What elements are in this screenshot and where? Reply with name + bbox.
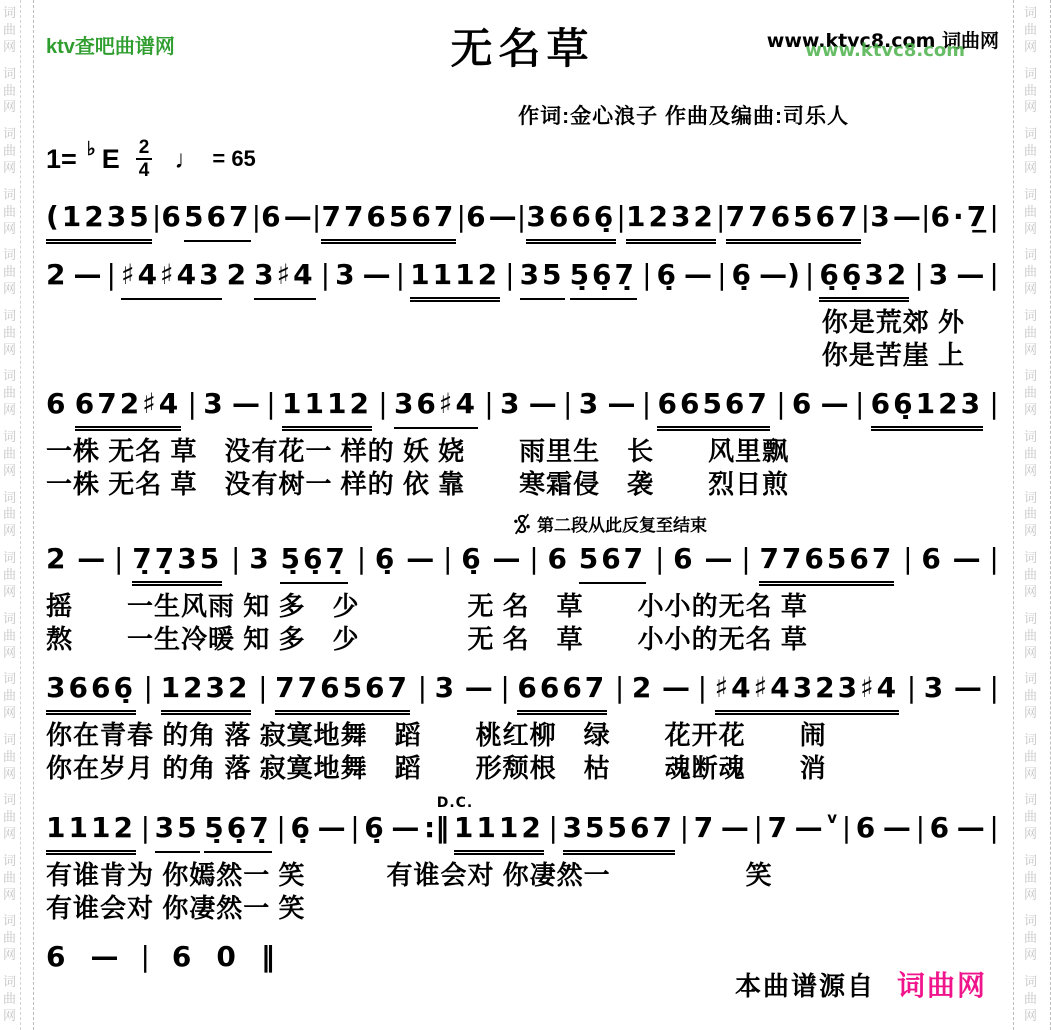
note-token: | bbox=[615, 667, 624, 709]
key-letter: E bbox=[102, 144, 120, 175]
note-token: — bbox=[318, 807, 346, 849]
side-watermark-group: 词曲网 bbox=[3, 793, 20, 842]
note-token: | bbox=[500, 667, 509, 709]
side-watermark-char: 曲 bbox=[3, 144, 16, 159]
side-watermark-char: 曲 bbox=[1024, 931, 1037, 946]
side-watermark-char: 网 bbox=[1024, 706, 1037, 721]
note-token: | bbox=[989, 254, 998, 296]
time-signature: 2 4 bbox=[136, 138, 153, 180]
note-token: | bbox=[114, 538, 123, 580]
side-watermark-group: 词曲网 bbox=[1024, 309, 1050, 358]
note-token: — bbox=[883, 807, 911, 849]
side-watermark-char: 网 bbox=[3, 646, 16, 661]
side-watermark-char: 网 bbox=[1024, 403, 1037, 418]
note-token: | bbox=[152, 196, 161, 238]
side-watermark-char: 曲 bbox=[3, 810, 16, 825]
lyrics-row: 熬 一生冷暖 知 多 少 无 名 草 小小的无名 草 bbox=[46, 623, 999, 656]
side-watermark-char: 曲 bbox=[3, 750, 16, 765]
score-system-3: 6672♯4|3—|1112|36♯4|3—|3—|66567|6—|66̣12… bbox=[46, 383, 999, 502]
side-watermark-left-chars: 词曲网词曲网词曲网词曲网词曲网词曲网词曲网词曲网词曲网词曲网词曲网词曲网词曲网词… bbox=[0, 0, 21, 1030]
note-token: 1112 bbox=[410, 254, 500, 302]
side-watermark-group: 词曲网 bbox=[1024, 67, 1050, 116]
note-token: — bbox=[77, 538, 105, 580]
notes-line: 3666̣|1232|776567|3—|6667|2—|♯4♯4323♯4|3… bbox=[46, 667, 999, 715]
side-watermark-char: 词 bbox=[1024, 430, 1037, 445]
side-watermark-char: 词 bbox=[3, 248, 16, 263]
note-token: | bbox=[776, 383, 785, 425]
note-token: 5̣6̣7̣ bbox=[570, 254, 637, 300]
side-watermark-char: 曲 bbox=[3, 386, 16, 401]
side-watermark-char: 网 bbox=[3, 343, 16, 358]
corner-watermark: www.ktvc8.com 词曲网 www.ktvc8.com bbox=[595, 26, 1000, 70]
key-signature: 1=♭E 2 4 ♩ = 65 bbox=[46, 138, 999, 180]
side-watermark-group: 词曲网 bbox=[1024, 672, 1050, 721]
side-watermark-char: 网 bbox=[1024, 767, 1037, 782]
note-token: | bbox=[903, 538, 912, 580]
lyrics-row: 有谁会对 你凄然一 笑 bbox=[46, 892, 999, 925]
side-watermark-char: 网 bbox=[3, 100, 16, 115]
note-token: | bbox=[548, 807, 557, 849]
side-watermark-char: 网 bbox=[3, 403, 16, 418]
note-token: 7̲ bbox=[967, 196, 989, 238]
side-watermark-char: 曲 bbox=[3, 84, 16, 99]
lyrics-block: 一株 无名 草 没有花一 样的 妖 娆 雨里生 长 风里飘一株 无名 草 没有树… bbox=[46, 435, 999, 502]
note-token: 6 bbox=[161, 196, 183, 238]
note-token: | bbox=[855, 383, 864, 425]
note-token: — bbox=[821, 383, 849, 425]
side-watermark-char: 词 bbox=[3, 672, 16, 687]
source-site-link[interactable]: 词曲网 bbox=[897, 964, 987, 1004]
side-watermark-char: 词 bbox=[3, 612, 16, 627]
note-token: 672♯4 bbox=[75, 383, 181, 431]
note-token: — bbox=[953, 538, 981, 580]
side-watermark-char: 词 bbox=[3, 975, 16, 990]
side-watermark-char: 曲 bbox=[3, 447, 16, 462]
side-watermark-char: 词 bbox=[3, 551, 16, 566]
side-watermark-char: 词 bbox=[3, 430, 16, 445]
score-system-6: D.C.1112|355̣6̣7̣|6̣—|6̣—:‖1112|35567|7—… bbox=[46, 795, 999, 926]
note-token: | bbox=[188, 383, 197, 425]
note-token: ♯4♯4323♯4 bbox=[715, 667, 900, 715]
side-watermark-char: 词 bbox=[3, 67, 16, 82]
note-token: 567 bbox=[184, 196, 251, 242]
side-watermark-char: 曲 bbox=[1024, 326, 1037, 341]
note-token: | bbox=[140, 936, 149, 978]
side-watermark-char: 曲 bbox=[1024, 568, 1037, 583]
note-token: — bbox=[662, 667, 690, 709]
side-watermark-char: 词 bbox=[1024, 733, 1037, 748]
note-token: 2 bbox=[46, 254, 68, 296]
note-token: 7 bbox=[768, 807, 790, 849]
note-token: 776567 bbox=[726, 196, 861, 244]
side-watermark-char: 曲 bbox=[1024, 750, 1037, 765]
note-token: — bbox=[406, 538, 434, 580]
time-signature-top: 2 bbox=[136, 138, 153, 160]
side-watermark-char: 曲 bbox=[1024, 265, 1037, 280]
note-token: 5̣6̣7̣ bbox=[204, 807, 271, 853]
score-system-2: 2—|♯4♯4323♯4|3—|1112|355̣6̣7̣|6̣—|6̣—)|6… bbox=[46, 254, 999, 373]
side-watermark-char: 词 bbox=[3, 188, 16, 203]
side-watermark-char: 网 bbox=[3, 524, 16, 539]
source-prefix: 本曲谱源自 bbox=[735, 966, 875, 1003]
side-watermark-group: 词曲网 bbox=[1024, 491, 1050, 540]
score-system-1: (1235|6567|6—|776567|6—|3666̣|1232|77656… bbox=[46, 196, 999, 244]
lyrics-row: 你是荒郊 外 bbox=[46, 306, 965, 339]
watermark-overlay-text: www.ktvc8.com bbox=[805, 40, 965, 61]
note-token: 776567 bbox=[759, 538, 894, 586]
note-token: 6 bbox=[930, 807, 952, 849]
note-token: — bbox=[529, 383, 557, 425]
note-token: 6 bbox=[547, 538, 569, 580]
site-link[interactable]: ktv查吧曲谱网 bbox=[46, 30, 450, 59]
side-watermark-char: 词 bbox=[1024, 551, 1037, 566]
side-watermark-char: 曲 bbox=[1024, 205, 1037, 220]
flat-sign-icon: ♭ bbox=[87, 138, 96, 161]
note-token: | bbox=[805, 254, 814, 296]
note-token: 6 bbox=[172, 936, 194, 978]
side-watermark-group: 词曲网 bbox=[1024, 430, 1050, 479]
side-watermark-group: 词曲网 bbox=[3, 188, 20, 237]
score-system-5: 3666̣|1232|776567|3—|6667|2—|♯4♯4323♯4|3… bbox=[46, 667, 999, 786]
side-watermark-char: 曲 bbox=[3, 568, 16, 583]
note-token: ♯4♯43 bbox=[121, 254, 222, 300]
note-token: 0 bbox=[216, 936, 238, 978]
side-watermark-char: 曲 bbox=[3, 326, 16, 341]
note-token: — bbox=[74, 254, 102, 296]
side-watermark-group: 词曲网 bbox=[3, 430, 20, 479]
note-token: | bbox=[443, 538, 452, 580]
note-token: 6 bbox=[466, 196, 488, 238]
note-token: 6 bbox=[792, 383, 814, 425]
side-watermark-char: 词 bbox=[1024, 975, 1037, 990]
lyrics-row: 你在岁月 的角 落 寂寞地舞 蹈 形颓根 枯 魂断魂 消 bbox=[46, 752, 999, 785]
note-token: 66̣123 bbox=[871, 383, 983, 431]
side-watermark-group: 词曲网 bbox=[1024, 369, 1050, 418]
side-watermark-group: 词曲网 bbox=[3, 309, 20, 358]
note-token: 776567 bbox=[275, 667, 410, 715]
note-token: | bbox=[989, 196, 998, 238]
note-token: — bbox=[232, 383, 260, 425]
note-token: | bbox=[107, 254, 116, 296]
note-token: | bbox=[616, 196, 625, 238]
lyrics-row: 你在青春 的角 落 寂寞地舞 蹈 桃红柳 绿 花开花 闹 bbox=[46, 719, 999, 752]
side-watermark-char: 网 bbox=[3, 948, 16, 963]
note-token: 2 bbox=[46, 538, 68, 580]
note-token: 6 bbox=[46, 383, 68, 425]
note-token: — bbox=[893, 196, 921, 238]
source-note: 本曲谱源自 词曲网 bbox=[735, 964, 987, 1004]
note-token: | bbox=[141, 807, 150, 849]
note-token: 6̣ bbox=[657, 254, 679, 296]
side-watermark-char: 曲 bbox=[1024, 689, 1037, 704]
note-token: 3 bbox=[929, 254, 951, 296]
side-watermark-group: 词曲网 bbox=[3, 551, 20, 600]
note-token: 2 bbox=[632, 667, 654, 709]
side-watermark-char: 词 bbox=[1024, 67, 1037, 82]
side-watermark-char: 网 bbox=[1024, 888, 1037, 903]
segno-annotation: 第二段从此反复至结束 bbox=[513, 511, 999, 536]
side-watermark-char: 曲 bbox=[1024, 386, 1037, 401]
side-watermark-char: 曲 bbox=[3, 931, 16, 946]
side-watermark-group: 词曲网 bbox=[3, 248, 20, 297]
note-token: | bbox=[418, 667, 427, 709]
note-token: | bbox=[989, 383, 998, 425]
side-watermark-group: 词曲网 bbox=[3, 369, 20, 418]
side-watermark-char: 词 bbox=[1024, 188, 1037, 203]
side-watermark-char: 词 bbox=[1024, 309, 1037, 324]
side-watermark-char: 曲 bbox=[3, 992, 16, 1007]
note-token: — bbox=[957, 807, 985, 849]
side-watermark-char: 曲 bbox=[1024, 992, 1037, 1007]
note-token: | bbox=[396, 254, 405, 296]
note-token: | bbox=[989, 667, 998, 709]
side-watermark-group: 词曲网 bbox=[3, 975, 20, 1024]
note-token: 3 bbox=[435, 667, 457, 709]
side-watermark-char: 词 bbox=[1024, 6, 1037, 21]
note-token: | bbox=[529, 538, 538, 580]
note-token: | bbox=[680, 807, 689, 849]
side-watermark-char: 词 bbox=[1024, 369, 1037, 384]
note-token: 3 bbox=[924, 667, 946, 709]
side-watermark-group: 词曲网 bbox=[3, 491, 20, 540]
note-token: | bbox=[921, 196, 930, 238]
score-system-4: 第二段从此反复至结束2—|7̣7̣35|35̣6̣7̣|6̣—|6̣—|6567… bbox=[46, 511, 999, 657]
note-token: 5̣6̣7̣ bbox=[280, 538, 347, 584]
side-watermark-char: 曲 bbox=[3, 871, 16, 886]
note-token: | bbox=[642, 383, 651, 425]
side-watermark-group: 词曲网 bbox=[1024, 248, 1050, 297]
side-watermark-char: 网 bbox=[1024, 524, 1037, 539]
side-watermark-char: 曲 bbox=[1024, 629, 1037, 644]
note-token: :‖ bbox=[424, 807, 449, 849]
side-watermark-char: 网 bbox=[1024, 100, 1037, 115]
note-token: 3666̣ bbox=[526, 196, 616, 244]
side-watermark-char: 曲 bbox=[3, 265, 16, 280]
side-watermark-char: 词 bbox=[3, 369, 16, 384]
note-token: 6667 bbox=[517, 667, 607, 715]
note-token: | bbox=[312, 196, 321, 238]
side-watermark-char: 词 bbox=[1024, 672, 1037, 687]
side-watermark-group: 词曲网 bbox=[3, 733, 20, 782]
note-token: 35567 bbox=[563, 807, 675, 855]
side-watermark-char: 曲 bbox=[1024, 447, 1037, 462]
side-watermark-char: 词 bbox=[1024, 612, 1037, 627]
side-watermark-group: 词曲网 bbox=[1024, 188, 1050, 237]
note-token: 6· bbox=[931, 196, 967, 238]
side-watermark-char: 网 bbox=[1024, 282, 1037, 297]
note-token: | bbox=[698, 667, 707, 709]
note-token: | bbox=[350, 807, 359, 849]
score-systems: (1235|6567|6—|776567|6—|3666̣|1232|77656… bbox=[46, 196, 999, 978]
note-token: | bbox=[457, 196, 466, 238]
credits: 作词:金心浪子 作曲及编曲:司乐人 bbox=[46, 100, 849, 130]
note-token: 1232 bbox=[626, 196, 716, 244]
note-token: | bbox=[741, 538, 750, 580]
note-token: (1235 bbox=[46, 196, 152, 244]
page: { "page": { "background": "#ffffff" }, "… bbox=[0, 0, 1051, 1030]
note-token: 3♯4 bbox=[254, 254, 316, 300]
note-token: 6 bbox=[921, 538, 943, 580]
side-watermark-char: 网 bbox=[3, 706, 16, 721]
side-watermark-char: 词 bbox=[3, 127, 16, 142]
side-watermark-group: 词曲网 bbox=[1024, 551, 1050, 600]
side-watermark-char: 词 bbox=[1024, 793, 1037, 808]
note-token: 35 bbox=[155, 807, 200, 853]
side-watermark-char: 网 bbox=[3, 161, 16, 176]
note-token: | bbox=[642, 254, 651, 296]
note-token: 6̣ bbox=[364, 807, 386, 849]
note-token: 6 bbox=[261, 196, 283, 238]
tempo-value: = 65 bbox=[212, 146, 255, 172]
note-token: — bbox=[489, 196, 517, 238]
side-watermark-char: 曲 bbox=[3, 507, 16, 522]
side-watermark-group: 词曲网 bbox=[3, 612, 20, 661]
side-watermark-char: 网 bbox=[3, 888, 16, 903]
side-watermark-char: 词 bbox=[3, 793, 16, 808]
side-watermark-char: 网 bbox=[3, 222, 16, 237]
notes-line: (1235|6567|6—|776567|6—|3666̣|1232|77656… bbox=[46, 196, 999, 244]
side-watermark-char: 网 bbox=[3, 585, 16, 600]
note-token: | bbox=[357, 538, 366, 580]
lyrics-block: 摇 一生风雨 知 多 少 无 名 草 小小的无名 草熬 一生冷暖 知 多 少 无… bbox=[46, 590, 999, 657]
side-watermark-group: 词曲网 bbox=[1024, 854, 1050, 903]
side-watermark-right-chars: 词曲网词曲网词曲网词曲网词曲网词曲网词曲网词曲网词曲网词曲网词曲网词曲网词曲网词… bbox=[1014, 0, 1050, 1030]
side-watermark-char: 网 bbox=[1024, 40, 1037, 55]
side-watermark-char: 词 bbox=[1024, 914, 1037, 929]
side-watermark-char: 词 bbox=[3, 491, 16, 506]
note-token: 36♯4 bbox=[394, 383, 478, 429]
side-watermark-char: 网 bbox=[1024, 585, 1037, 600]
side-watermark-char: 曲 bbox=[3, 629, 16, 644]
side-watermark-char: 词 bbox=[1024, 491, 1037, 506]
note-token: — bbox=[684, 254, 712, 296]
side-watermark-char: 网 bbox=[3, 827, 16, 842]
note-token: 6 bbox=[46, 936, 68, 978]
side-watermark-group: 词曲网 bbox=[3, 914, 20, 963]
note-token: | bbox=[916, 807, 925, 849]
side-watermark-char: 网 bbox=[1024, 161, 1037, 176]
note-token: 3 bbox=[203, 383, 225, 425]
side-watermark-group: 词曲网 bbox=[1024, 612, 1050, 661]
note-token: | bbox=[484, 383, 493, 425]
side-watermark-group: 词曲网 bbox=[3, 127, 20, 176]
side-watermark-char: 词 bbox=[3, 6, 16, 21]
side-watermark-group: 词曲网 bbox=[1024, 793, 1050, 842]
side-watermark-group: 词曲网 bbox=[3, 672, 20, 721]
lyrics-block: 你是荒郊 外你是苦崖 上 bbox=[46, 306, 999, 373]
lyrics-block: 有谁肯为 你嫣然一 笑 有谁会对 你凄然一 笑有谁会对 你凄然一 笑 bbox=[46, 859, 999, 926]
note-token: 1112 bbox=[46, 807, 136, 855]
side-watermark-group: 词曲网 bbox=[1024, 127, 1050, 176]
side-watermark-char: 曲 bbox=[3, 23, 16, 38]
note-token: 3 bbox=[500, 383, 522, 425]
note-token: — bbox=[284, 196, 312, 238]
note-token: | bbox=[321, 254, 330, 296]
note-token: | bbox=[505, 254, 514, 296]
note-token: — bbox=[363, 254, 391, 296]
note-token: | bbox=[861, 196, 870, 238]
side-watermark-char: 词 bbox=[1024, 854, 1037, 869]
note-token: 6̣ bbox=[461, 538, 483, 580]
side-watermark-char: 网 bbox=[1024, 464, 1037, 479]
note-token: | bbox=[231, 538, 240, 580]
side-watermark-group: 词曲网 bbox=[1024, 975, 1050, 1024]
note-token: 776567 bbox=[321, 196, 456, 244]
breath-mark-icon: v bbox=[827, 807, 837, 830]
note-token: 2 bbox=[227, 254, 249, 296]
side-watermark-char: 网 bbox=[1024, 222, 1037, 237]
note-token: 35 bbox=[520, 254, 565, 300]
segno-text: 第二段从此反复至结束 bbox=[537, 511, 707, 536]
note-token: 3 bbox=[249, 538, 271, 580]
note-token: | bbox=[914, 254, 923, 296]
side-watermark-group: 词曲网 bbox=[3, 854, 20, 903]
side-watermark-char: 网 bbox=[1024, 948, 1037, 963]
header: ktv查吧曲谱网 无名草 www.ktvc8.com 词曲网 www.ktvc8… bbox=[46, 16, 999, 76]
side-watermark-char: 曲 bbox=[1024, 84, 1037, 99]
note-token: — bbox=[90, 936, 118, 978]
lyrics-row: 你是苦崖 上 bbox=[46, 339, 965, 372]
notes-line: 1112|355̣6̣7̣|6̣—|6̣—:‖1112|35567|7—|7—v… bbox=[46, 807, 999, 855]
note-token: — bbox=[607, 383, 635, 425]
side-watermark-char: 网 bbox=[1024, 1009, 1037, 1024]
notes-line: 6672♯4|3—|1112|36♯4|3—|3—|66567|6—|66̣12… bbox=[46, 383, 999, 431]
side-watermark-char: 网 bbox=[3, 40, 16, 55]
note-token: 6 bbox=[856, 807, 878, 849]
note-token: | bbox=[276, 807, 285, 849]
note-token: —) bbox=[759, 254, 800, 296]
note-token: 66567 bbox=[657, 383, 769, 431]
note-token: | bbox=[258, 667, 267, 709]
note-token: | bbox=[517, 196, 526, 238]
note-token: | bbox=[252, 196, 261, 238]
lyrics-row: 一株 无名 草 没有花一 样的 妖 娆 雨里生 长 风里飘 bbox=[46, 435, 999, 468]
note-token: 3666̣ bbox=[46, 667, 136, 715]
side-watermark-group: 词曲网 bbox=[1024, 6, 1050, 55]
side-watermark-char: 词 bbox=[3, 733, 16, 748]
notes-line: 2—|♯4♯4323♯4|3—|1112|355̣6̣7̣|6̣—|6̣—)|6… bbox=[46, 254, 999, 302]
note-token: | bbox=[716, 196, 725, 238]
side-watermark-right: 词曲网词曲网词曲网词曲网词曲网词曲网词曲网词曲网词曲网词曲网词曲网词曲网词曲网词… bbox=[1013, 0, 1051, 1030]
side-watermark-char: 网 bbox=[3, 282, 16, 297]
note-token: | bbox=[266, 383, 275, 425]
note-token: — bbox=[704, 538, 732, 580]
side-watermark-char: 网 bbox=[1024, 343, 1037, 358]
side-watermark-group: 词曲网 bbox=[1024, 914, 1050, 963]
note-token: — bbox=[492, 538, 520, 580]
note-token: | bbox=[842, 807, 851, 849]
note-token: — bbox=[465, 667, 493, 709]
side-watermark-char: 曲 bbox=[1024, 810, 1037, 825]
side-watermark-char: 网 bbox=[1024, 827, 1037, 842]
note-token: | bbox=[989, 807, 998, 849]
time-signature-bottom: 4 bbox=[139, 160, 150, 180]
note-token: — bbox=[721, 807, 749, 849]
note-token: | bbox=[144, 667, 153, 709]
note-token: | bbox=[753, 807, 762, 849]
note-token: 3 bbox=[579, 383, 601, 425]
note-token: — bbox=[954, 667, 982, 709]
side-watermark-group: 词曲网 bbox=[3, 6, 20, 55]
note-token: | bbox=[989, 538, 998, 580]
side-watermark-char: 词 bbox=[1024, 127, 1037, 142]
lyrics-row: 摇 一生风雨 知 多 少 无 名 草 小小的无名 草 bbox=[46, 590, 999, 623]
note-token: 7 bbox=[694, 807, 716, 849]
note-token: 567 bbox=[579, 538, 646, 584]
side-watermark-left: 词曲网词曲网词曲网词曲网词曲网词曲网词曲网词曲网词曲网词曲网词曲网词曲网词曲网词… bbox=[0, 0, 34, 1030]
note-token: | bbox=[907, 667, 916, 709]
note-token: ‖ bbox=[261, 936, 275, 978]
